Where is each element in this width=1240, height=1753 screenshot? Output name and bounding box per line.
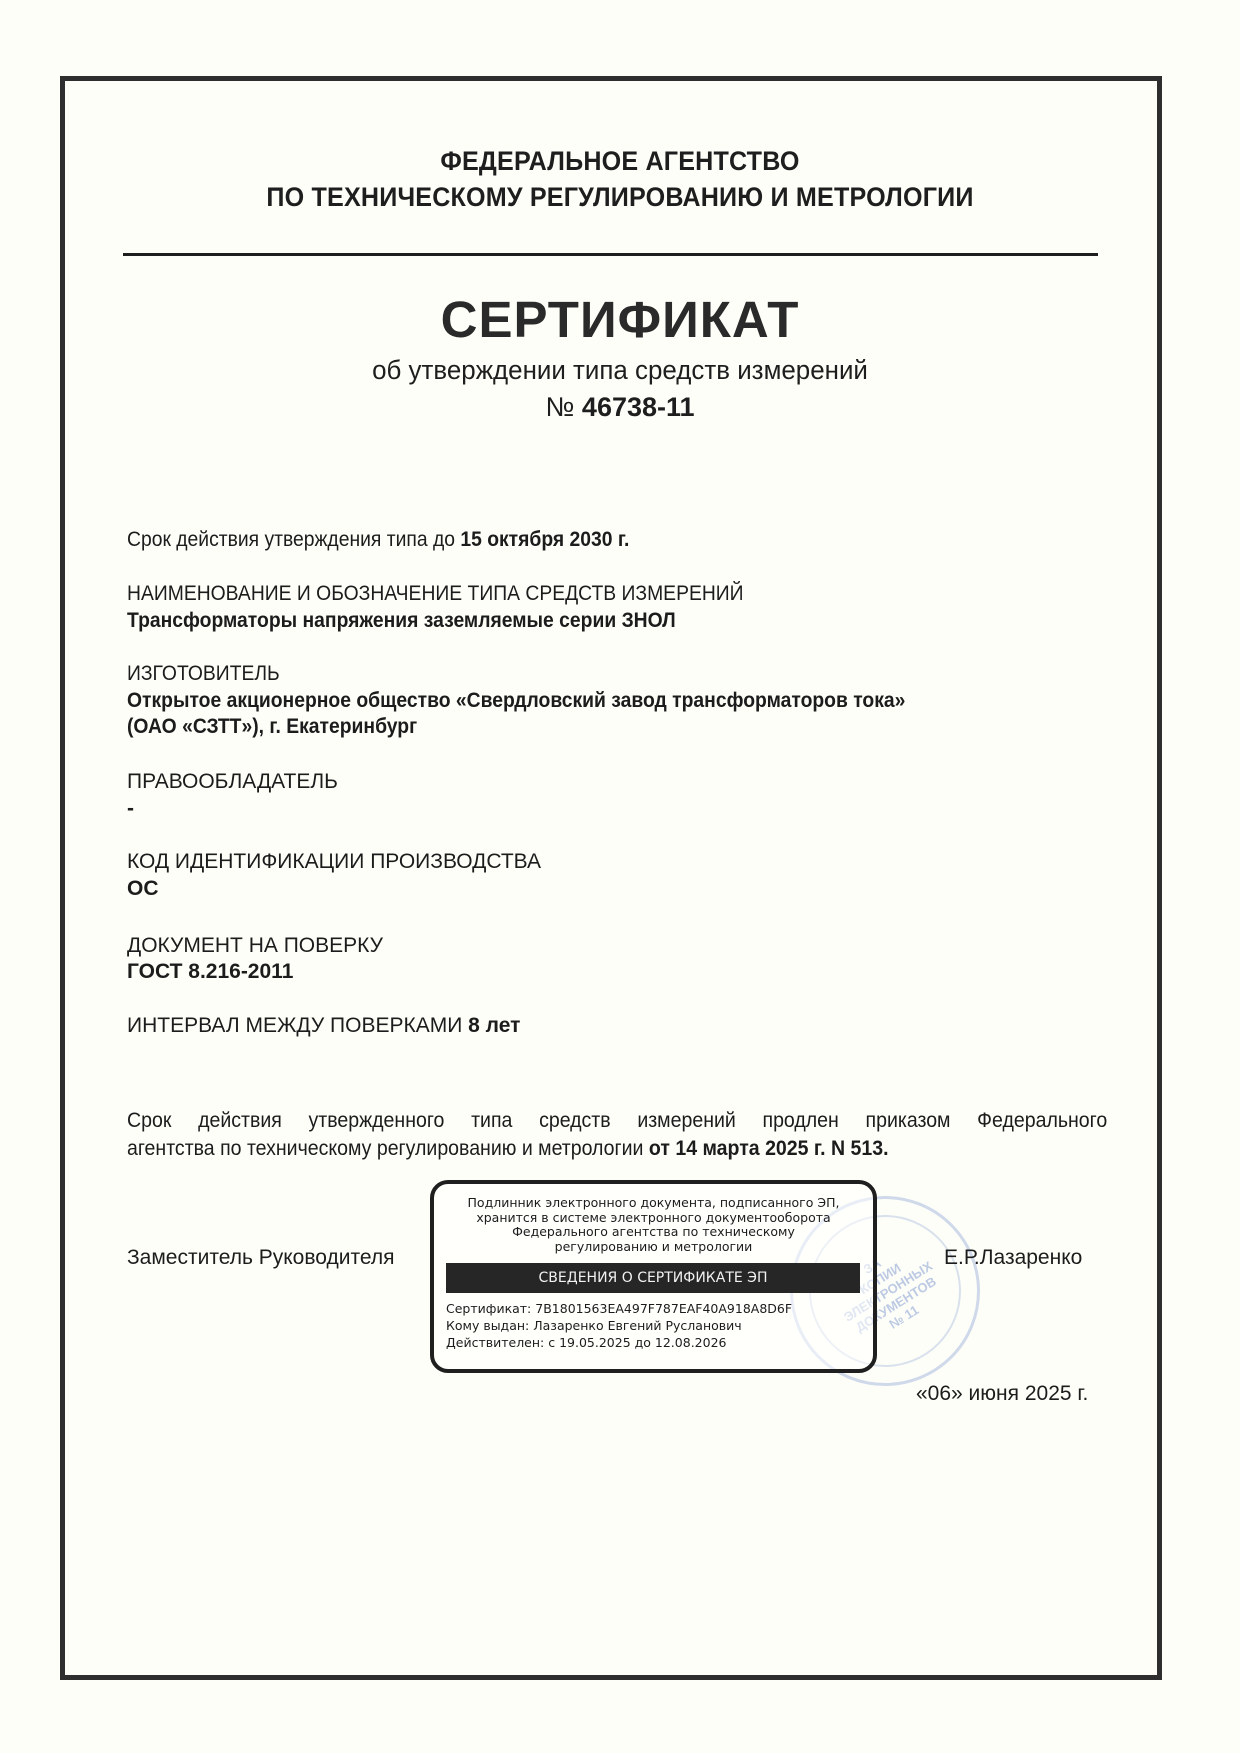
esig-notice-line: Подлинник электронного документа, подпис… xyxy=(434,1196,873,1211)
extension-order-ref: от 14 марта 2025 г. N 513. xyxy=(649,1137,889,1160)
manufacturer-value-line2: (ОАО «СЗТТ»), г. Екатеринбург xyxy=(127,713,417,740)
extension-line1: Срок действия утвержденного типа средств… xyxy=(127,1107,1107,1135)
electronic-signature-box: Подлинник электронного документа, подпис… xyxy=(430,1180,877,1373)
esig-certificate-row: Сертификат: 7B1801563EA497F787EAF40A918A… xyxy=(446,1300,792,1317)
esig-certificate-label: Сертификат: xyxy=(446,1301,531,1316)
esig-notice-line: Федерального агентства по техническому xyxy=(434,1225,873,1240)
production-code-label: КОД ИДЕНТИФИКАЦИИ ПРОИЗВОДСТВА xyxy=(127,848,541,875)
esig-valid-range: с 19.05.2025 до 12.08.2026 xyxy=(548,1335,726,1350)
type-name-value: Трансформаторы напряжения заземляемые се… xyxy=(127,607,676,634)
rights-holder-text: - xyxy=(127,797,134,820)
verification-doc-text: ГОСТ 8.216-2011 xyxy=(127,960,293,983)
esig-details: Сертификат: 7B1801563EA497F787EAF40A918A… xyxy=(446,1300,792,1351)
signatory-name: Е.Р.Лазаренко xyxy=(944,1246,1082,1270)
agency-name-line1: ФЕДЕРАЛЬНОЕ АГЕНТСТВО xyxy=(43,146,1196,177)
type-name-label: НАИМЕНОВАНИЕ И ОБОЗНАЧЕНИЕ ТИПА СРЕДСТВ … xyxy=(127,580,744,607)
verification-interval-line: ИНТЕРВАЛ МЕЖДУ ПОВЕРКАМИ 8 лет xyxy=(127,1012,520,1039)
validity-line: Срок действия утверждения типа до 15 окт… xyxy=(127,526,629,553)
esig-valid-row: Действителен: с 19.05.2025 до 12.08.2026 xyxy=(446,1334,792,1351)
extension-line2-text: агентства по техническому регулированию … xyxy=(127,1137,643,1160)
production-code-value: ОС xyxy=(127,875,159,902)
certificate-title: СЕРТИФИКАТ xyxy=(0,290,1240,349)
verification-interval-label: ИНТЕРВАЛ МЕЖДУ ПОВЕРКАМИ xyxy=(127,1014,462,1037)
certificate-number-value: 46738-11 xyxy=(582,392,695,422)
type-name-text: Трансформаторы напряжения заземляемые се… xyxy=(127,609,676,632)
certificate-subtitle: об утверждении типа средств измерений xyxy=(25,355,1215,386)
manufacturer-short-name: (ОАО «СЗТТ»), г. Екатеринбург xyxy=(127,715,417,738)
esig-issued-to: Лазаренко Евгений Русланович xyxy=(533,1318,741,1333)
rights-holder-value: - xyxy=(127,795,134,822)
validity-date: 15 октября 2030 г. xyxy=(460,528,629,551)
issue-date: «06» июня 2025 г. xyxy=(916,1382,1088,1406)
esig-issued-to-label: Кому выдан: xyxy=(446,1318,529,1333)
manufacturer-label: ИЗГОТОВИТЕЛЬ xyxy=(127,660,280,687)
esig-header-bar: СВЕДЕНИЯ О СЕРТИФИКАТЕ ЭП xyxy=(446,1263,860,1293)
signatory-role: Заместитель Руководителя xyxy=(127,1246,394,1270)
verification-interval-value: 8 лет xyxy=(468,1014,520,1037)
esig-certificate-id: 7B1801563EA497F787EAF40A918A8D6F xyxy=(535,1301,792,1316)
validity-label: Срок действия утверждения типа до xyxy=(127,528,455,551)
extension-paragraph: Срок действия утвержденного типа средств… xyxy=(127,1107,1107,1163)
number-sign: № xyxy=(545,392,574,422)
verification-doc-label: ДОКУМЕНТ НА ПОВЕРКУ xyxy=(127,932,383,959)
rights-holder-label: ПРАВООБЛАДАТЕЛЬ xyxy=(127,768,338,795)
esig-notice: Подлинник электронного документа, подпис… xyxy=(434,1196,873,1254)
esig-notice-line: регулированию и метрологии xyxy=(434,1240,873,1255)
esig-notice-line: хранится в системе электронного документ… xyxy=(434,1211,873,1226)
verification-doc-value: ГОСТ 8.216-2011 xyxy=(127,958,293,985)
production-code-text: ОС xyxy=(127,877,159,900)
manufacturer-name: Открытое акционерное общество «Свердловс… xyxy=(127,689,905,712)
esig-issued-to-row: Кому выдан: Лазаренко Евгений Русланович xyxy=(446,1317,792,1334)
agency-name-line2: ПО ТЕХНИЧЕСКОМУ РЕГУЛИРОВАНИЮ И МЕТРОЛОГ… xyxy=(43,182,1196,213)
certificate-number: № 46738-11 xyxy=(0,392,1240,423)
manufacturer-value-line1: Открытое акционерное общество «Свердловс… xyxy=(127,687,905,714)
esig-valid-label: Действителен: xyxy=(446,1335,544,1350)
header-divider xyxy=(123,253,1098,256)
